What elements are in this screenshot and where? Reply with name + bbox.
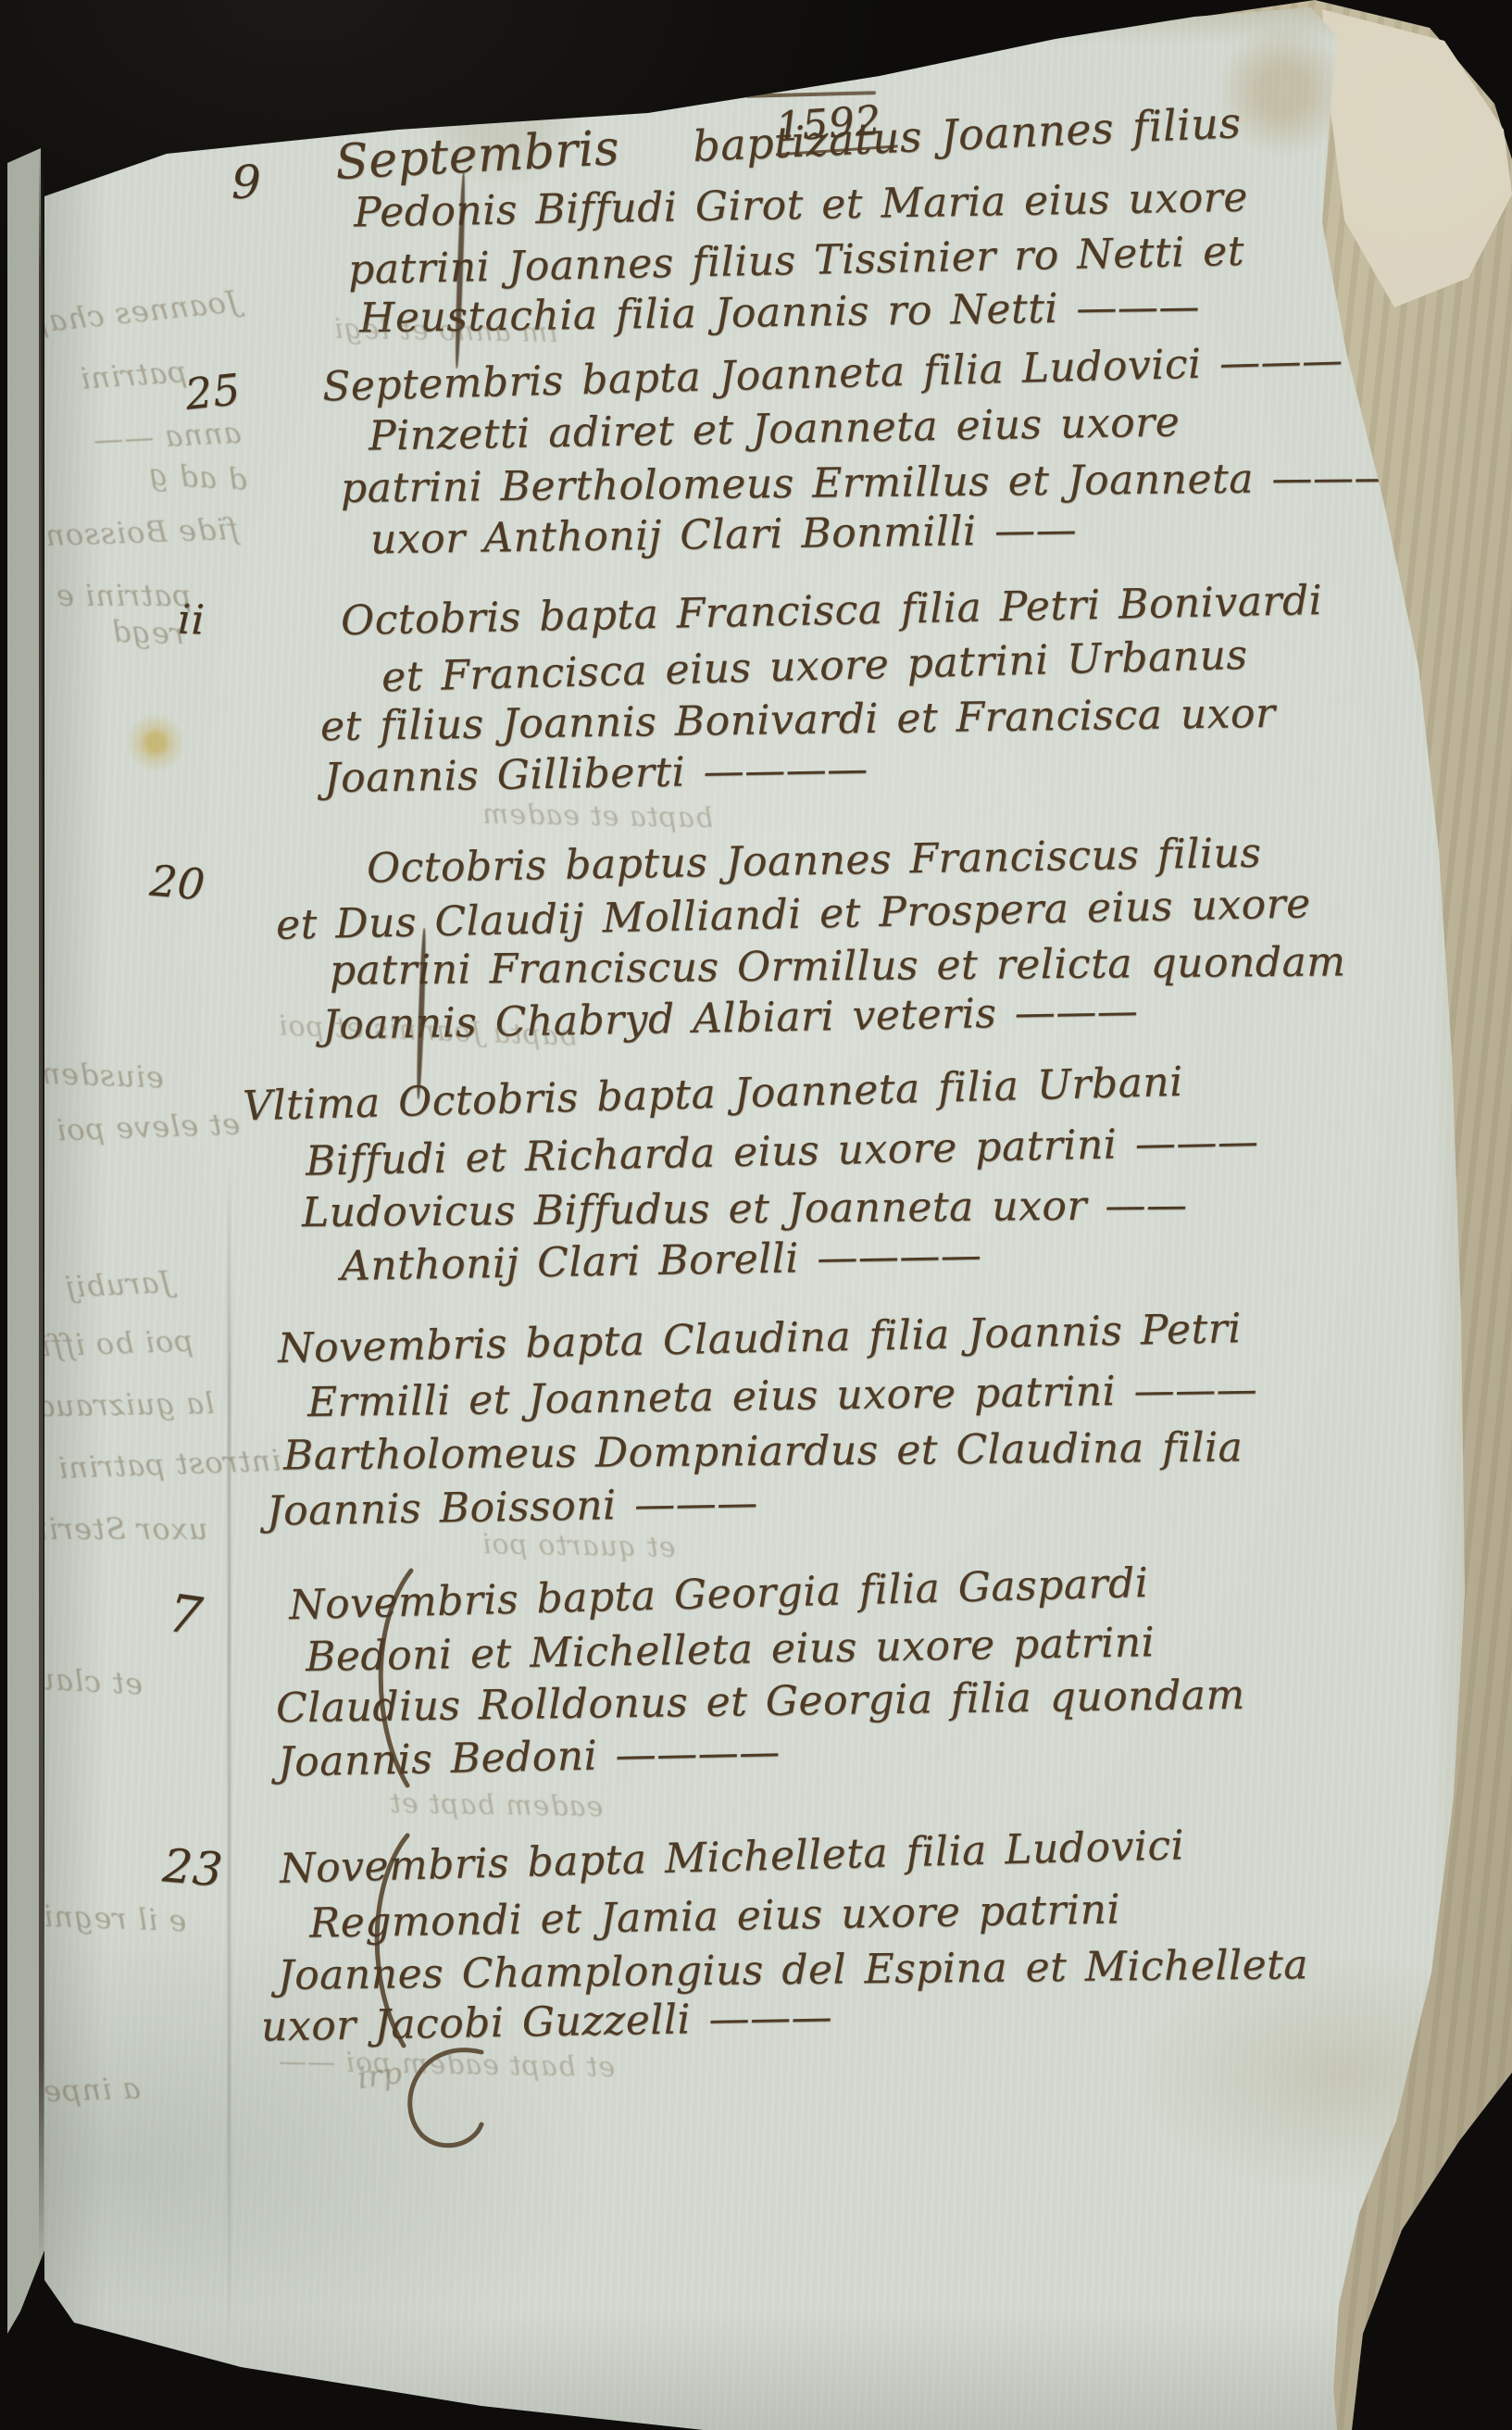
- entry-line: Octobris baptus Joannes Franciscus filiu…: [367, 830, 1262, 893]
- bleed-through-text: uxor Sterin: [28, 1511, 207, 1547]
- bleed-through-text: patrini e: [56, 578, 192, 613]
- bleed-through-text: fide Boissonij: [23, 511, 239, 554]
- entry-line: Anthonij Clari Borelli ————: [341, 1232, 982, 1290]
- fold-crease: [228, 1167, 231, 2352]
- entry-line: Vltima Octobris bapta Joanneta filia Urb…: [243, 1058, 1184, 1131]
- entry-line: Bartholomeus Dompniardus et Claudina fil…: [283, 1423, 1243, 1479]
- bleed-through-text: d ad g: [147, 457, 248, 497]
- entry-day-number: 23: [161, 1838, 225, 1897]
- entry-line: patrini Franciscus Ormillus et relicta q…: [330, 938, 1346, 995]
- entry-day-number: 9: [231, 156, 261, 209]
- register-page: Septembris 1592 9 baptizatus Joannes fil…: [0, 0, 1512, 2430]
- bleed-through-text: Jarubij: [64, 1264, 172, 1305]
- bleed-through-text: eiusdem: [31, 1056, 164, 1096]
- bleed-through-text: eadem bapt et: [389, 1787, 604, 1823]
- bleed-through-text: patrini: [79, 354, 188, 396]
- entry-day-number: 7: [165, 1584, 206, 1647]
- entry-line: uxor Jacobi Guzzelli ———: [261, 1994, 833, 2051]
- bleed-through-text: im anno et legi: [333, 313, 558, 349]
- bleed-through-text: et eleve poi: [55, 1107, 240, 1148]
- entry-line: et Francisca eius uxore patrini Urbanus: [381, 632, 1248, 701]
- entry-line: Joannis Boissoni ———: [267, 1479, 758, 1534]
- entry-line: Joannis Gilliberti ————: [324, 745, 868, 802]
- bleed-through-text: regd: [110, 614, 184, 652]
- bleed-through-text: bapta et eadem: [481, 798, 714, 834]
- bleed-through-text: et bapt eadem poi ——: [278, 2046, 616, 2084]
- entry-line: Novembris bapta Claudina filia Joannis P…: [278, 1305, 1243, 1372]
- gutter-crease-line: [39, 146, 44, 2267]
- entry-line: Regmondi et Jamia eius uxore patrini: [309, 1885, 1121, 1947]
- bleed-through-text: introst patrini: [56, 1443, 281, 1485]
- entry-line: patrini Bertholomeus Ermillus et Joannet…: [341, 454, 1395, 512]
- ink-stroke: [685, 44, 847, 56]
- entry-line: Joannis Bedoni ————: [278, 1728, 781, 1785]
- ink-stroke: [746, 91, 876, 98]
- entry-line: Pedonis Biffudi Girot et Maria eius uxor…: [354, 174, 1249, 237]
- entry-line: Pinzetti adiret et Joanneta eius uxore: [369, 398, 1181, 459]
- entry-line: Bedoni et Michelleta eius uxore patrini: [306, 1619, 1156, 1681]
- entry-line: Ludovicus Biffudus et Joanneta uxor ——: [302, 1182, 1188, 1236]
- entry-day-number: 20: [148, 856, 207, 910]
- manuscript-scan: Septembris 1592 9 baptizatus Joannes fil…: [0, 0, 1512, 2430]
- entry-line: uxor Anthonij Clari Bonmilli ——: [370, 507, 1078, 564]
- entry-line: Joannes Champlongius del Espina et Miche…: [278, 1941, 1309, 1999]
- entry-line: Ermilli et Joanneta eius uxore patrini —…: [307, 1366, 1258, 1426]
- entry-day-number: 25: [182, 364, 243, 420]
- entry-line: Biffudi et Richarda eius uxore patrini —…: [306, 1118, 1259, 1185]
- bleed-through-text: anna ——: [92, 415, 242, 457]
- month-heading: Septembris: [334, 120, 621, 191]
- bleed-through-text: et quarto poi: [481, 1528, 676, 1564]
- bleed-through-text: Joannes chap: [27, 283, 241, 341]
